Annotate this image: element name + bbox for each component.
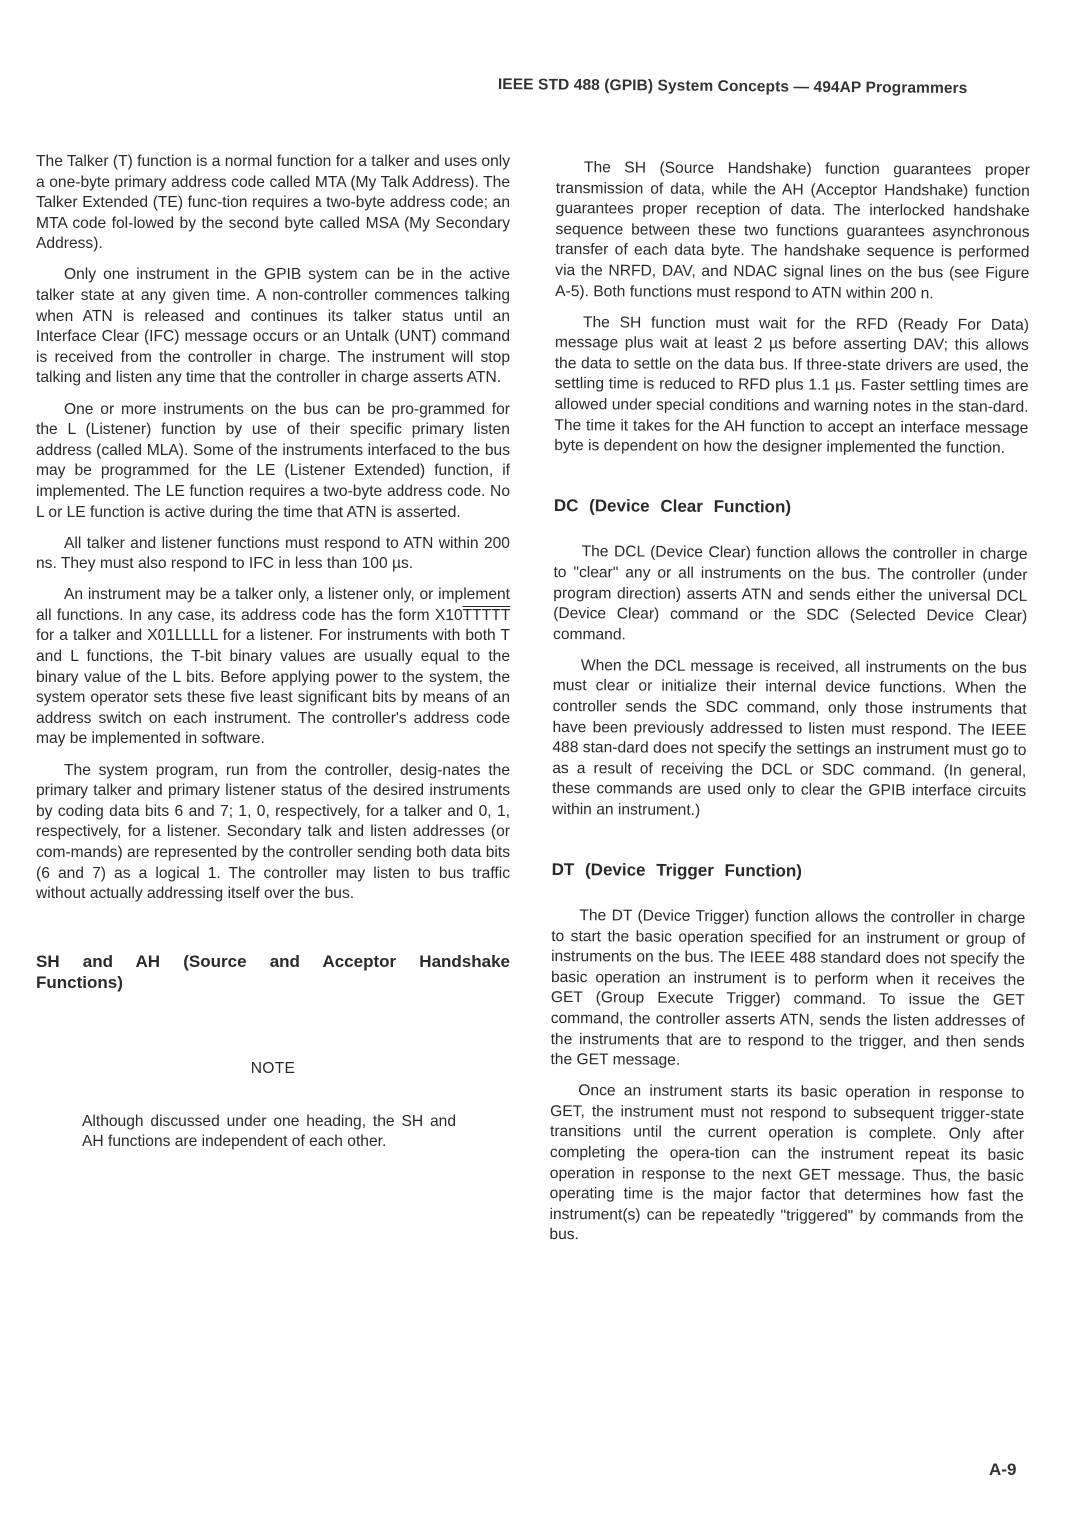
page-number: A-9 (989, 1460, 1016, 1480)
paragraph-talker-function: The Talker (T) function is a normal func… (36, 152, 510, 255)
paragraph-dcl-message: When the DCL message is received, all in… (552, 656, 1027, 824)
paragraph-active-talker: Only one instrument in the GPIB system c… (36, 265, 510, 389)
address-code-text-after: for a talker and X01LLLLL for a listener… (36, 627, 510, 747)
paragraph-dt-function: The DT (Device Trigger) function allows … (550, 906, 1025, 1074)
heading-device-clear: DC (Device Clear Function) (554, 495, 1028, 519)
paragraph-address-code: An instrument may be a talker only, a li… (36, 585, 510, 750)
note-title: NOTE (36, 1059, 510, 1080)
paragraph-listener-function: One or more instruments on the bus can b… (36, 400, 510, 524)
note-body: Although discussed under one heading, th… (82, 1112, 456, 1153)
paragraph-system-program: The system program, run from the control… (36, 761, 510, 905)
talker-code-prefix: X10 (435, 607, 463, 624)
paragraph-dcl-function: The DCL (Device Clear) function allows t… (553, 542, 1028, 648)
talker-code-bits: TTTTT (463, 607, 510, 624)
paragraph-sh-timing: The SH function must wait for the RFD (R… (554, 313, 1029, 460)
heading-device-trigger: DT (Device Trigger Function) (552, 859, 1026, 883)
paragraph-get-response: Once an instrument starts its basic oper… (549, 1081, 1024, 1249)
heading-sh-ah: SH and AH (Source and Acceptor Handshake… (36, 951, 510, 993)
running-header: IEEE STD 488 (GPIB) System Concepts — 49… (498, 76, 1038, 99)
paragraph-sh-ah-overview: The SH (Source Handshake) function guara… (555, 158, 1030, 305)
left-column: The Talker (T) function is a normal func… (36, 152, 510, 1153)
right-column: The SH (Source Handshake) function guara… (549, 158, 1030, 1259)
paragraph-atn-response: All talker and listener functions must r… (36, 534, 510, 575)
